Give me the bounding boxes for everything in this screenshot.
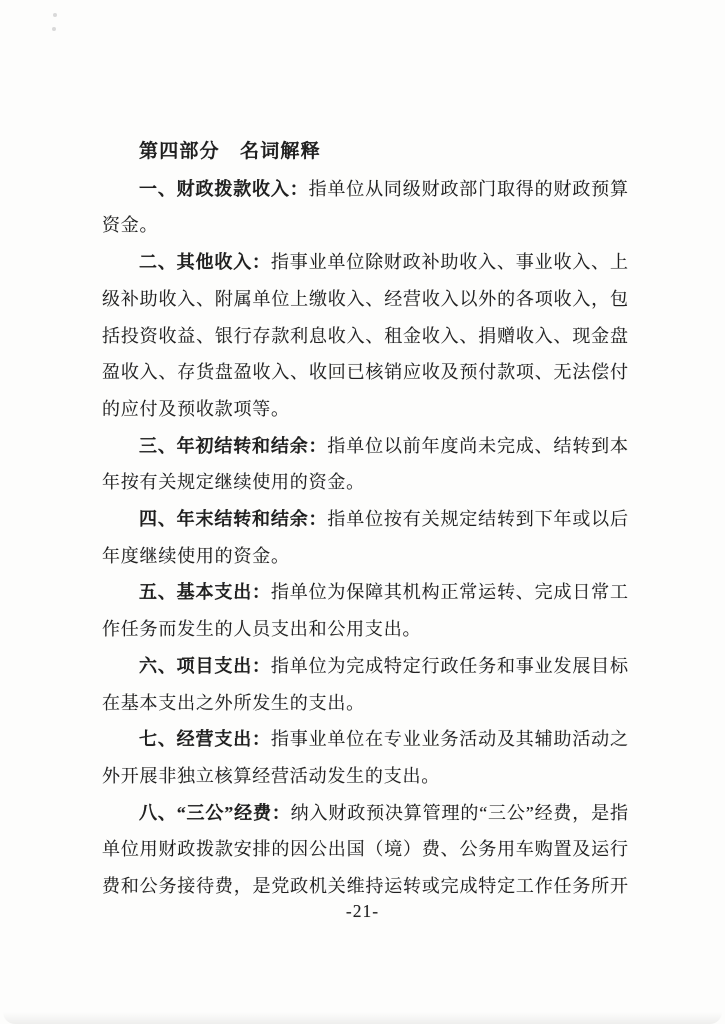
text-line: 一、财政拨款收入：指单位从同级财政部门取得的财政预算 xyxy=(102,171,628,208)
document-page: 第四部分 名词解释 一、财政拨款收入：指单位从同级财政部门取得的财政预算资金。二… xyxy=(0,0,725,1024)
term-bold: 三、年初结转和结余： xyxy=(139,436,327,456)
scan-artifact-speck xyxy=(52,27,56,31)
definition-text: 作任务而发生的人员支出和公用支出。 xyxy=(102,619,421,639)
definition-text: 在基本支出之外所发生的支出。 xyxy=(102,693,365,713)
text-line: 作任务而发生的人员支出和公用支出。 xyxy=(102,611,628,648)
definition-text: 年按有关规定继续使用的资金。 xyxy=(102,472,365,492)
text-line: 费和公务接待费，是党政机关维持运转或完成特定工作任务所开 xyxy=(102,868,628,905)
definition-text: 指事业单位在专业业务活动及其辅助活动之 xyxy=(271,729,628,749)
definitions-body: 一、财政拨款收入：指单位从同级财政部门取得的财政预算资金。二、其他收入：指事业单… xyxy=(102,171,628,905)
paragraph: 三、年初结转和结余：指单位以前年度尚未完成、结转到本年按有关规定继续使用的资金。 xyxy=(102,428,628,501)
text-line: 年按有关规定继续使用的资金。 xyxy=(102,464,628,501)
paragraph: 五、基本支出：指单位为保障其机构正常运转、完成日常工作任务而发生的人员支出和公用… xyxy=(102,574,628,647)
definition-text: 指事业单位除财政补助收入、事业收入、上 xyxy=(271,252,628,272)
definition-text: 费和公务接待费，是党政机关维持运转或完成特定工作任务所开 xyxy=(102,876,628,896)
definition-text: 资金。 xyxy=(102,215,158,235)
text-line: 在基本支出之外所发生的支出。 xyxy=(102,685,628,722)
text-line: 括投资收益、银行存款利息收入、租金收入、捐赠收入、现金盘 xyxy=(102,318,628,355)
text-line: 四、年末结转和结余：指单位按有关规定结转到下年或以后 xyxy=(102,501,628,538)
text-column: 第四部分 名词解释 一、财政拨款收入：指单位从同级财政部门取得的财政预算资金。二… xyxy=(102,134,628,905)
paragraph: 八、“三公”经费：纳入财政预决算管理的“三公”经费，是指单位用财政拨款安排的因公… xyxy=(102,795,628,905)
term-bold: 二、其他收入： xyxy=(139,252,271,272)
text-line: 年度继续使用的资金。 xyxy=(102,538,628,575)
text-line: 五、基本支出：指单位为保障其机构正常运转、完成日常工 xyxy=(102,574,628,611)
text-line: 二、其他收入：指事业单位除财政补助收入、事业收入、上 xyxy=(102,244,628,281)
definition-text: 年度继续使用的资金。 xyxy=(102,546,290,566)
text-line: 外开展非独立核算经营活动发生的支出。 xyxy=(102,758,628,795)
paragraph: 六、项目支出：指单位为完成特定行政任务和事业发展目标在基本支出之外所发生的支出。 xyxy=(102,648,628,721)
paragraph: 一、财政拨款收入：指单位从同级财政部门取得的财政预算资金。 xyxy=(102,171,628,244)
text-line: 级补助收入、附属单位上缴收入、经营收入以外的各项收入，包 xyxy=(102,281,628,318)
term-bold: 六、项目支出： xyxy=(139,656,271,676)
definition-text: 外开展非独立核算经营活动发生的支出。 xyxy=(102,766,440,786)
definition-text: 指单位按有关规定结转到下年或以后 xyxy=(327,509,628,529)
paragraph: 四、年末结转和结余：指单位按有关规定结转到下年或以后年度继续使用的资金。 xyxy=(102,501,628,574)
definition-text: 级补助收入、附属单位上缴收入、经营收入以外的各项收入，包 xyxy=(102,289,628,309)
term-bold: 四、年末结转和结余： xyxy=(139,509,327,529)
definition-text: 单位用财政拨款安排的因公出国（境）费、公务用车购置及运行 xyxy=(102,839,628,859)
term-bold: 五、基本支出： xyxy=(139,582,271,602)
text-line: 资金。 xyxy=(102,207,628,244)
term-bold: 七、经营支出： xyxy=(139,729,271,749)
paragraph: 七、经营支出：指事业单位在专业业务活动及其辅助活动之外开展非独立核算经营活动发生… xyxy=(102,721,628,794)
definition-text: 指单位以前年度尚未完成、结转到本 xyxy=(327,436,628,456)
section-heading: 第四部分 名词解释 xyxy=(102,134,628,171)
term-bold: 八、“三公”经费： xyxy=(139,803,291,823)
definition-text: 的应付及预收款项等。 xyxy=(102,399,290,419)
paragraph: 二、其他收入：指事业单位除财政补助收入、事业收入、上级补助收入、附属单位上缴收入… xyxy=(102,244,628,428)
definition-text: 盈收入、存货盘盈收入、收回已核销应收及预付款项、无法偿付 xyxy=(102,362,628,382)
page-bottom-shadow xyxy=(3,1012,722,1024)
text-line: 的应付及预收款项等。 xyxy=(102,391,628,428)
definition-text: 指单位为完成特定行政任务和事业发展目标 xyxy=(271,656,628,676)
definition-text: 纳入财政预决算管理的“三公”经费，是指 xyxy=(291,803,628,823)
page-number: -21- xyxy=(0,901,725,922)
definition-text: 指单位从同级财政部门取得的财政预算 xyxy=(309,179,628,199)
scan-artifact-speck xyxy=(53,13,57,17)
definition-text: 括投资收益、银行存款利息收入、租金收入、捐赠收入、现金盘 xyxy=(102,326,628,346)
definition-text: 指单位为保障其机构正常运转、完成日常工 xyxy=(271,582,628,602)
term-bold: 一、财政拨款收入： xyxy=(139,179,309,199)
text-line: 七、经营支出：指事业单位在专业业务活动及其辅助活动之 xyxy=(102,721,628,758)
text-line: 三、年初结转和结余：指单位以前年度尚未完成、结转到本 xyxy=(102,428,628,465)
text-line: 盈收入、存货盘盈收入、收回已核销应收及预付款项、无法偿付 xyxy=(102,354,628,391)
text-line: 八、“三公”经费：纳入财政预决算管理的“三公”经费，是指 xyxy=(102,795,628,832)
text-line: 六、项目支出：指单位为完成特定行政任务和事业发展目标 xyxy=(102,648,628,685)
text-line: 单位用财政拨款安排的因公出国（境）费、公务用车购置及运行 xyxy=(102,831,628,868)
